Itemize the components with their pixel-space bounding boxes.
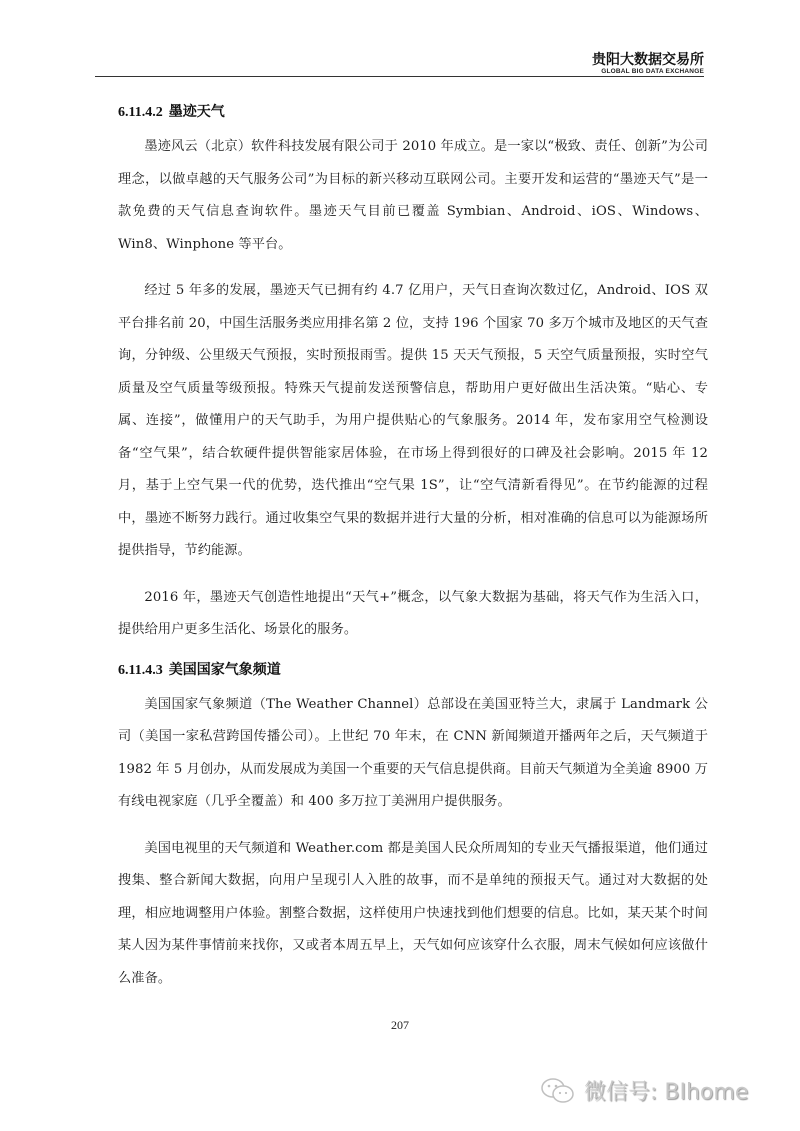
- section-number: 6.11.4.3: [118, 663, 163, 678]
- paragraph: 经过 5 年多的发展，墨迹天气已拥有约 4.7 亿用户，天气日查询次数过亿，An…: [118, 275, 708, 568]
- section-heading-moji: 6.11.4.2墨迹天气: [118, 103, 708, 123]
- paragraph: 美国国家气象频道（The Weather Channel）总部设在美国亚特兰大，…: [118, 689, 708, 819]
- document-body: 6.11.4.2墨迹天气 墨迹风云（北京）软件科技发展有限公司于 2010 年成…: [118, 95, 708, 1009]
- paragraph: 墨迹风云（北京）软件科技发展有限公司于 2010 年成立。是一家以“极致、责任、…: [118, 131, 708, 261]
- page-number: 207: [0, 1018, 800, 1033]
- section-title: 墨迹天气: [169, 105, 225, 120]
- section-title: 美国国家气象频道: [169, 663, 281, 678]
- logo-chinese-name: 贵阳大数据交易所: [592, 52, 704, 68]
- paragraph: 2016 年，墨迹天气创造性地提出“天气+”概念，以气象大数据为基础，将天气作为…: [118, 582, 708, 647]
- watermark-text: 微信号: BIhome: [584, 1075, 748, 1106]
- logo-english-name: GLOBAL BIG DATA EXCHANGE: [592, 68, 704, 76]
- wechat-icon: [540, 1077, 576, 1105]
- section-heading-weather-channel: 6.11.4.3美国国家气象频道: [118, 661, 708, 681]
- header-divider: [95, 76, 704, 77]
- section-number: 6.11.4.2: [118, 105, 163, 120]
- wechat-watermark: 微信号: BIhome: [540, 1075, 748, 1106]
- paragraph: 美国电视里的天气频道和 Weather.com 都是美国人民众所周知的专业天气播…: [118, 833, 708, 996]
- header-logo: 贵阳大数据交易所 GLOBAL BIG DATA EXCHANGE: [592, 52, 704, 76]
